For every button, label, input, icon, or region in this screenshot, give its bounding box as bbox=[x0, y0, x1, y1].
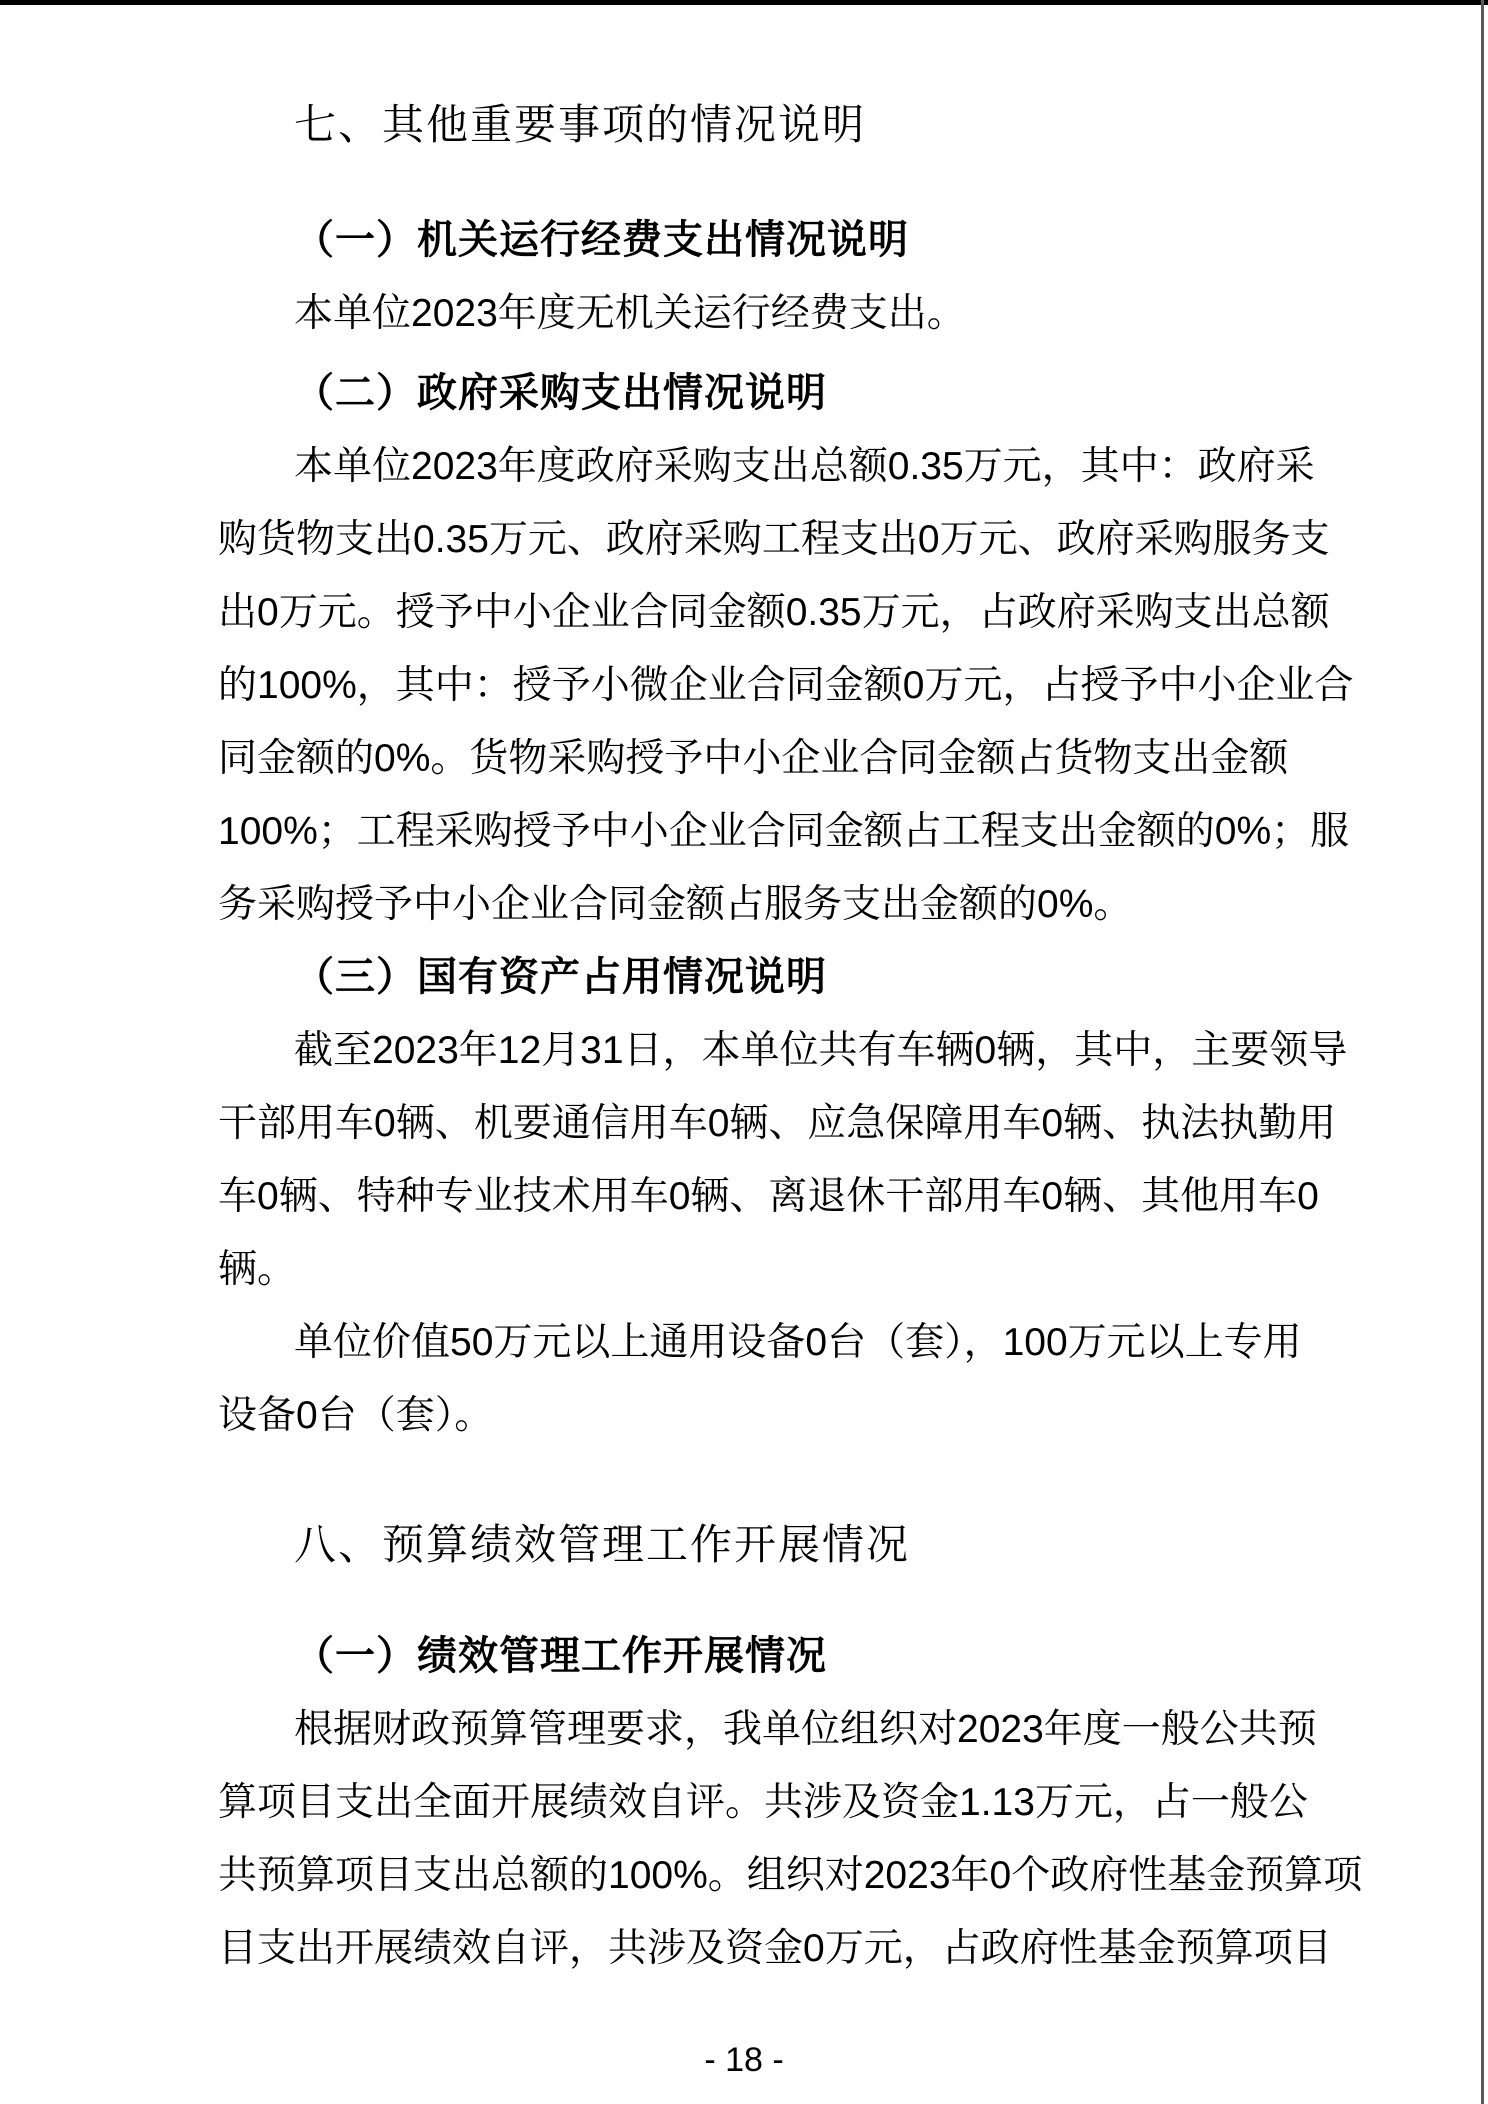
section-heading-7: 七、其他重要事项的情况说明 bbox=[218, 88, 1398, 161]
paragraph-line: 出0万元。授予中小企业合同金额0.35万元，占政府采购支出总额 bbox=[218, 576, 1398, 649]
paragraph-line: 单位价值50万元以上通用设备0台（套），100万元以上专用 bbox=[218, 1306, 1398, 1379]
paragraph-org-running-cost: 本单位2023年度无机关运行经费支出。 bbox=[218, 277, 1398, 350]
subsection-heading-3: （三）国有资产占用情况说明 bbox=[218, 941, 1398, 1014]
paragraph-line: 同金额的0%。货物采购授予中小企业合同金额占货物支出金额 bbox=[218, 722, 1398, 795]
paragraph-line: 截至2023年12月31日，本单位共有车辆0辆，其中，主要领导 bbox=[218, 1014, 1398, 1087]
paragraph-line: 本单位2023年度政府采购支出总额0.35万元，其中：政府采 bbox=[218, 430, 1398, 503]
paragraph-line: 根据财政预算管理要求，我单位组织对2023年度一般公共预 bbox=[218, 1693, 1398, 1766]
paragraph-line: 设备0台（套）。 bbox=[218, 1379, 1398, 1452]
paragraph-line: 100%；工程采购授予中小企业合同金额占工程支出金额的0%；服 bbox=[218, 795, 1398, 868]
paragraph-line: 目支出开展绩效自评，共涉及资金0万元，占政府性基金预算项目 bbox=[218, 1912, 1398, 1985]
paragraph-state-assets-equipment: 单位价值50万元以上通用设备0台（套），100万元以上专用 设备0台（套）。 bbox=[218, 1306, 1398, 1452]
paragraph-state-assets-vehicles: 截至2023年12月31日，本单位共有车辆0辆，其中，主要领导 干部用车0辆、机… bbox=[218, 1014, 1398, 1306]
paragraph-line: 本单位2023年度无机关运行经费支出。 bbox=[218, 277, 1398, 350]
section-heading-8: 八、预算绩效管理工作开展情况 bbox=[218, 1508, 1398, 1581]
paragraph-line: 购货物支出0.35万元、政府采购工程支出0万元、政府采购服务支 bbox=[218, 503, 1398, 576]
subsection-heading-4: （一）绩效管理工作开展情况 bbox=[218, 1620, 1398, 1693]
paragraph-line: 务采购授予中小企业合同金额占服务支出金额的0%。 bbox=[218, 868, 1398, 941]
document-content: 七、其他重要事项的情况说明 （一）机关运行经费支出情况说明 本单位2023年度无… bbox=[0, 0, 1488, 1985]
subsection-heading-1: （一）机关运行经费支出情况说明 bbox=[218, 204, 1398, 277]
paragraph-gov-procurement: 本单位2023年度政府采购支出总额0.35万元，其中：政府采 购货物支出0.35… bbox=[218, 430, 1398, 941]
paragraph-line: 算项目支出全面开展绩效自评。共涉及资金1.13万元，占一般公 bbox=[218, 1766, 1398, 1839]
paragraph-performance-evaluation: 根据财政预算管理要求，我单位组织对2023年度一般公共预 算项目支出全面开展绩效… bbox=[218, 1693, 1398, 1985]
paragraph-line: 车0辆、特种专业技术用车0辆、离退休干部用车0辆、其他用车0 bbox=[218, 1160, 1398, 1233]
paragraph-line: 的100%，其中：授予小微企业合同金额0万元，占授予中小企业合 bbox=[218, 649, 1398, 722]
paragraph-line: 干部用车0辆、机要通信用车0辆、应急保障用车0辆、执法执勤用 bbox=[218, 1087, 1398, 1160]
paragraph-line: 共预算项目支出总额的100%。组织对2023年0个政府性基金预算项 bbox=[218, 1839, 1398, 1912]
paragraph-line: 辆。 bbox=[218, 1233, 1398, 1306]
document-page: 七、其他重要事项的情况说明 （一）机关运行经费支出情况说明 本单位2023年度无… bbox=[0, 0, 1488, 2104]
page-number: - 18 - bbox=[0, 2040, 1488, 2080]
subsection-heading-2: （二）政府采购支出情况说明 bbox=[218, 357, 1398, 430]
